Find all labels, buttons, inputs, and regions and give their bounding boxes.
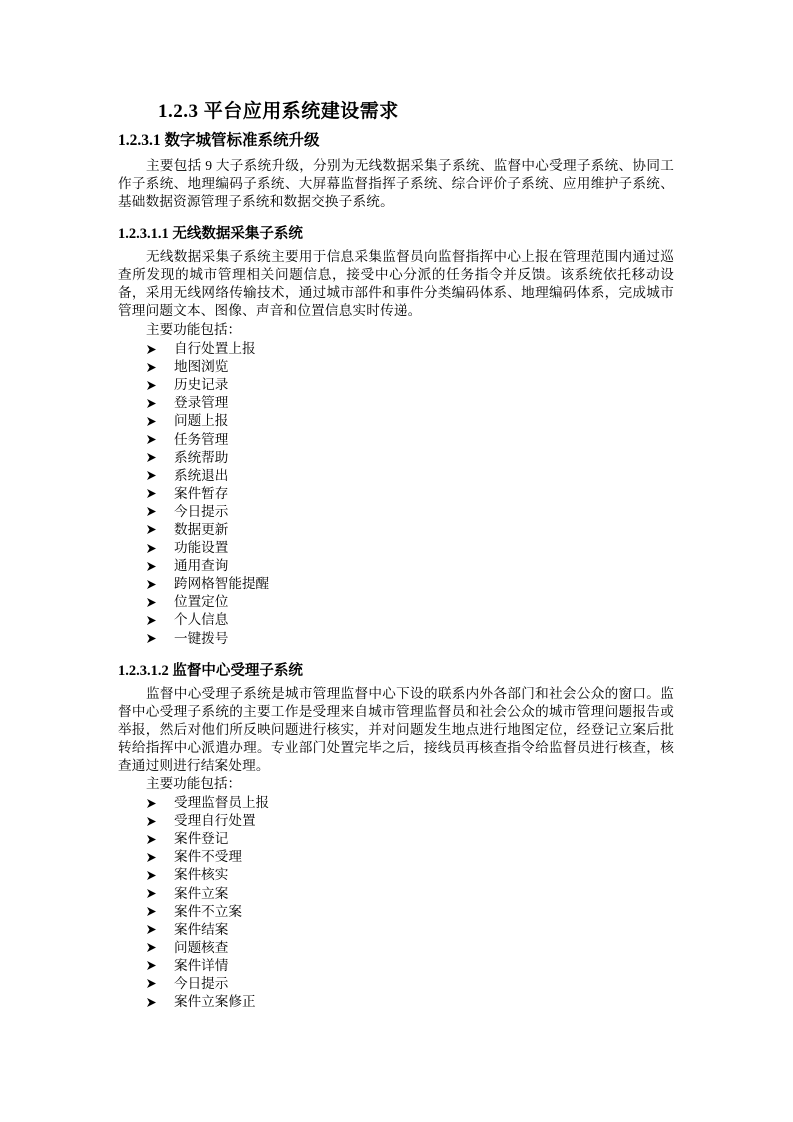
list-item-label: 位置定位 [174,593,228,611]
list-item-label: 今日提示 [174,975,228,993]
paragraph-upgrade-overview: 主要包括 9 大子系统升级，分别为无线数据采集子系统、监督中心受理子系统、协同工… [118,157,674,211]
list-item: 自行处置上报 [146,340,269,358]
list-item: 案件不立案 [146,903,269,921]
arrow-bullet-icon [146,615,174,626]
list-item: 通用查询 [146,557,269,575]
list-item-label: 一键拨号 [174,630,228,648]
list-item: 案件核实 [146,866,269,884]
arrow-bullet-icon [146,398,174,409]
list-item: 案件登记 [146,830,269,848]
list-item: 跨网格智能提醒 [146,575,269,593]
list-item-label: 受理自行处置 [174,812,256,830]
list-item: 个人信息 [146,611,269,629]
list-item: 受理自行处置 [146,812,269,830]
list-item-label: 系统退出 [174,467,228,485]
function-list-supervision: 受理监督员上报受理自行处置案件登记案件不受理案件核实案件立案案件不立案案件结案问… [146,794,269,1011]
list-item-label: 受理监督员上报 [174,794,269,812]
list-item: 任务管理 [146,430,269,448]
list-item: 登录管理 [146,394,269,412]
heading-supervision-center: 1.2.3.1.2 监督中心受理子系统 [118,659,303,680]
list-item-label: 案件不立案 [174,903,242,921]
arrow-bullet-icon [146,888,174,899]
list-item-label: 案件核实 [174,866,228,884]
list-item: 历史记录 [146,376,269,394]
list-item: 今日提示 [146,975,269,993]
arrow-bullet-icon [146,470,174,481]
list-item-label: 案件立案修正 [174,993,256,1011]
list-item: 问题上报 [146,412,269,430]
list-item-label: 登录管理 [174,394,228,412]
arrow-bullet-icon [146,906,174,917]
list-item: 案件立案 [146,884,269,902]
list-item: 地图浏览 [146,358,269,376]
arrow-bullet-icon [146,524,174,535]
list-item-label: 今日提示 [174,503,228,521]
list-item: 案件结案 [146,921,269,939]
list-item-label: 地图浏览 [174,358,228,376]
list-item-label: 任务管理 [174,431,228,449]
functions-lead-2: 主要功能包括： [146,775,241,793]
list-item-label: 案件不受理 [174,848,242,866]
arrow-bullet-icon [146,852,174,863]
arrow-bullet-icon [146,579,174,590]
list-item: 受理监督员上报 [146,794,269,812]
heading-platform-requirements: 1.2.3 平台应用系统建设需求 [158,96,399,123]
list-item-label: 功能设置 [174,539,228,557]
list-item: 一键拨号 [146,630,269,648]
arrow-bullet-icon [146,924,174,935]
list-item-label: 个人信息 [174,611,228,629]
list-item: 今日提示 [146,503,269,521]
function-list-wireless: 自行处置上报地图浏览历史记录登录管理问题上报任务管理系统帮助系统退出案件暂存今日… [146,340,269,648]
list-item: 数据更新 [146,521,269,539]
arrow-bullet-icon [146,633,174,644]
arrow-bullet-icon [146,561,174,572]
paragraph-wireless-collection: 无线数据采集子系统主要用于信息采集监督员向监督指挥中心上报在管理范围内通过巡查所… [118,248,674,320]
list-item-label: 案件结案 [174,921,228,939]
list-item: 案件暂存 [146,485,269,503]
list-item-label: 跨网格智能提醒 [174,575,269,593]
list-item: 系统退出 [146,467,269,485]
arrow-bullet-icon [146,870,174,881]
list-item: 位置定位 [146,593,269,611]
arrow-bullet-icon [146,543,174,554]
functions-lead-1: 主要功能包括： [146,321,241,339]
heading-wireless-collection: 1.2.3.1.1 无线数据采集子系统 [118,222,303,243]
list-item-label: 系统帮助 [174,449,228,467]
arrow-bullet-icon [146,362,174,373]
list-item: 问题核查 [146,939,269,957]
arrow-bullet-icon [146,798,174,809]
list-item-label: 案件暂存 [174,485,228,503]
list-item-label: 问题上报 [174,412,228,430]
list-item-label: 通用查询 [174,557,228,575]
arrow-bullet-icon [146,488,174,499]
list-item: 案件详情 [146,957,269,975]
list-item-label: 历史记录 [174,376,228,394]
list-item: 功能设置 [146,539,269,557]
list-item-label: 案件登记 [174,830,228,848]
arrow-bullet-icon [146,452,174,463]
list-item-label: 问题核查 [174,939,228,957]
list-item-label: 自行处置上报 [174,340,256,358]
arrow-bullet-icon [146,506,174,517]
list-item: 案件不受理 [146,848,269,866]
list-item: 系统帮助 [146,449,269,467]
arrow-bullet-icon [146,960,174,971]
list-item: 案件立案修正 [146,993,269,1011]
arrow-bullet-icon [146,434,174,445]
arrow-bullet-icon [146,834,174,845]
arrow-bullet-icon [146,597,174,608]
arrow-bullet-icon [146,380,174,391]
arrow-bullet-icon [146,997,174,1008]
arrow-bullet-icon [146,416,174,427]
arrow-bullet-icon [146,816,174,827]
arrow-bullet-icon [146,978,174,989]
arrow-bullet-icon [146,942,174,953]
list-item-label: 案件立案 [174,885,228,903]
list-item-label: 数据更新 [174,521,228,539]
heading-standard-system-upgrade: 1.2.3.1 数字城管标准系统升级 [118,128,320,150]
list-item-label: 案件详情 [174,957,228,975]
arrow-bullet-icon [146,344,174,355]
paragraph-supervision-center: 监督中心受理子系统是城市管理监督中心下设的联系内外各部门和社会公众的窗口。监督中… [118,685,674,775]
